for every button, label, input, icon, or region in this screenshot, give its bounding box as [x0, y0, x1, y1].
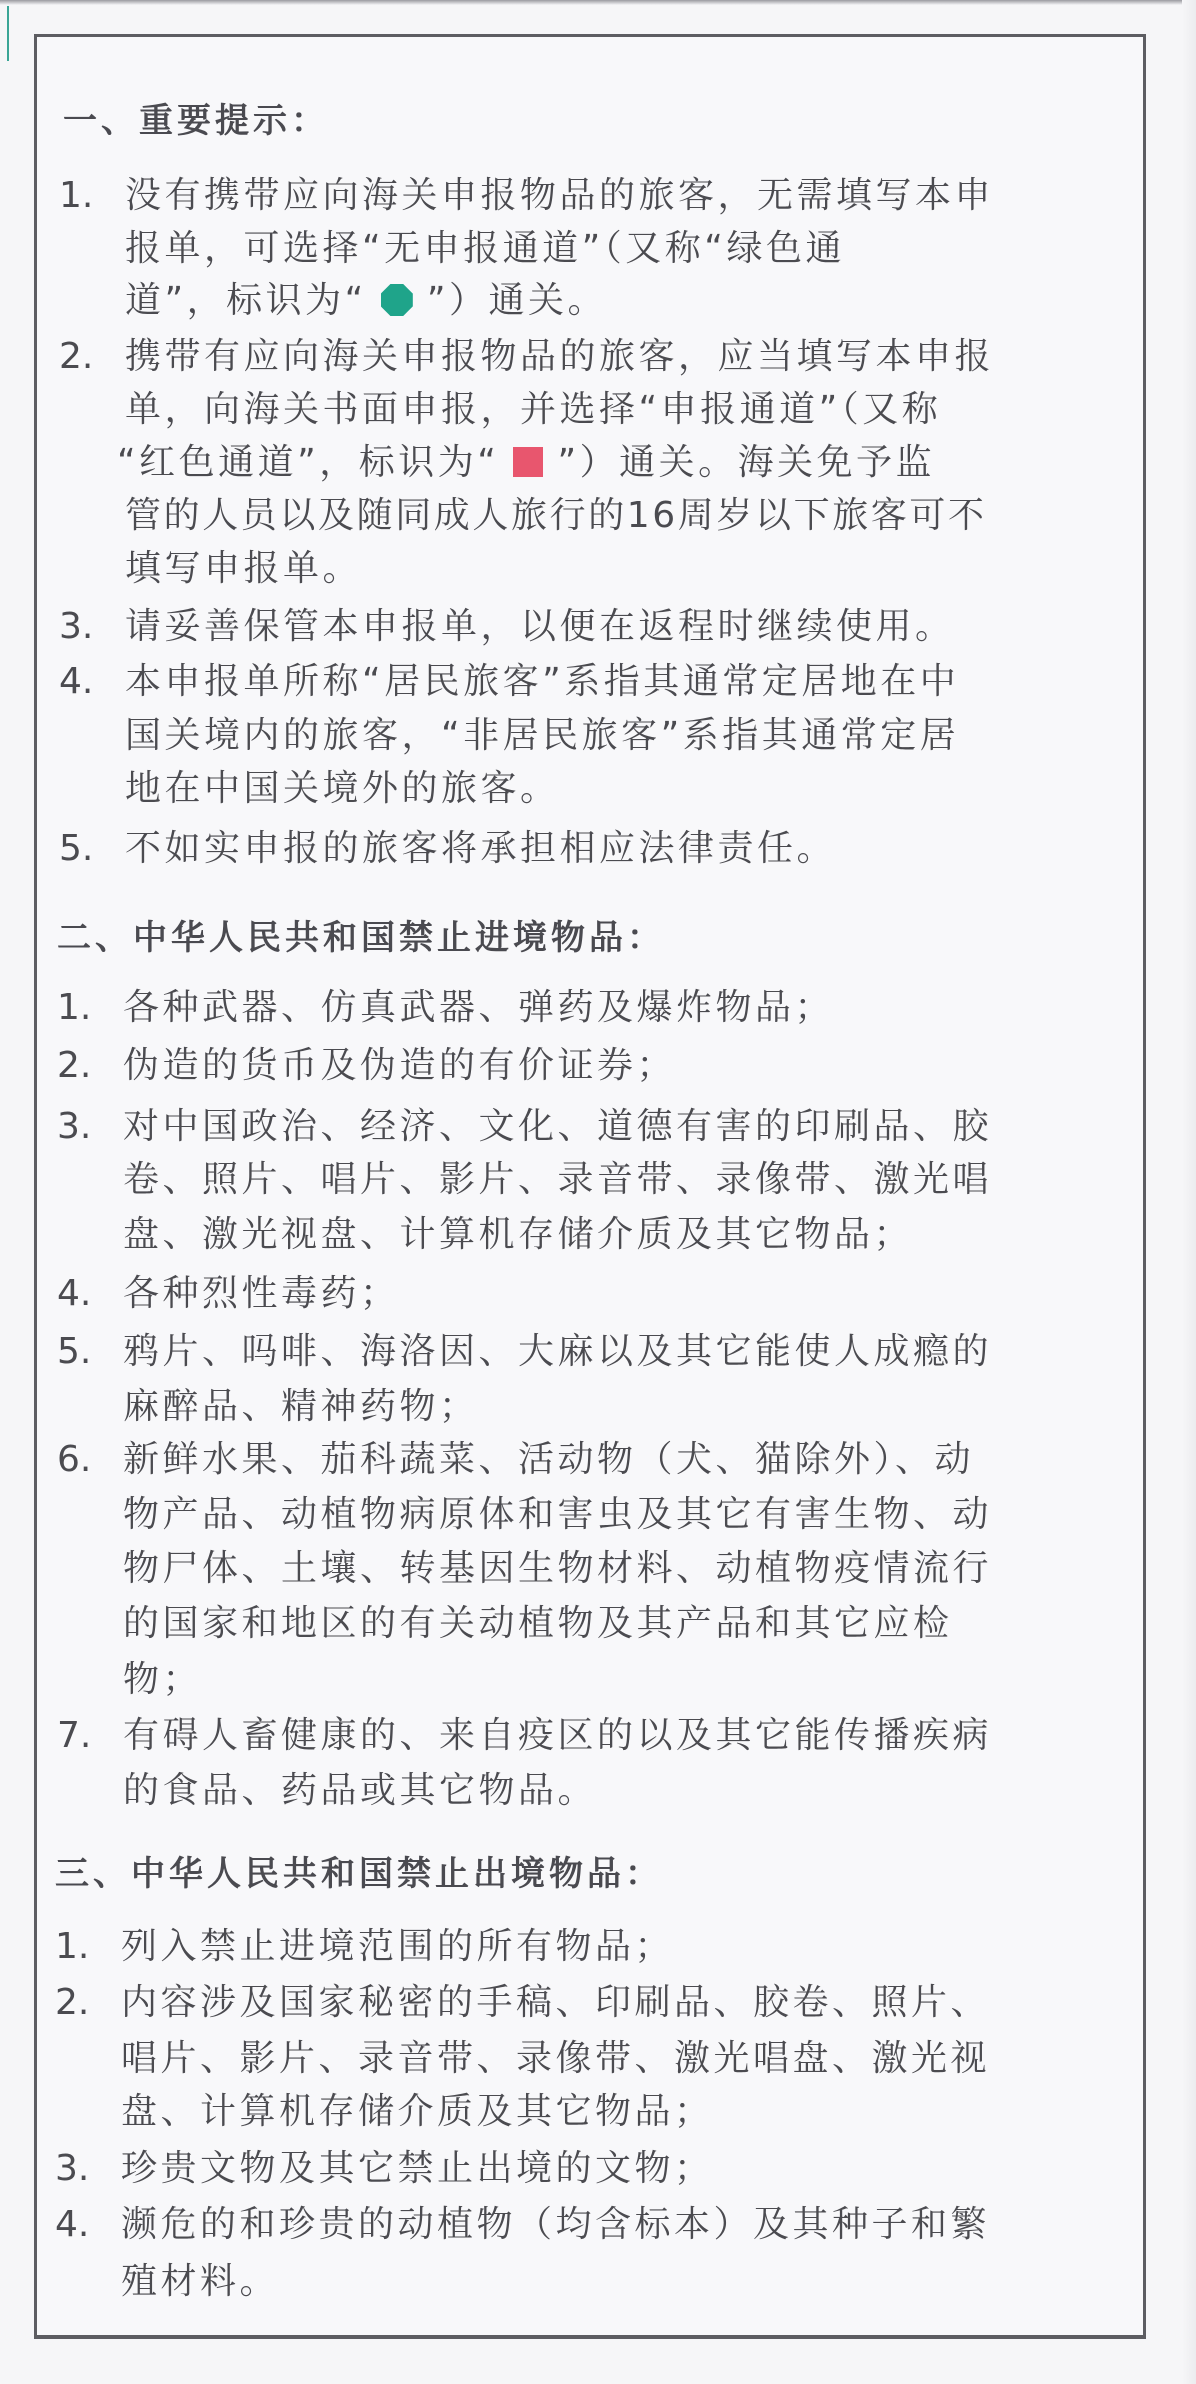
item-text: 新鲜水果、茄科蔬菜、活动物（犬、猫除外）、动 [123, 1439, 974, 1480]
export-item-3: 3.珍贵文物及其它禁止出境的文物； [55, 2147, 714, 2191]
item-number: 1. [57, 986, 123, 1030]
item-text: 鸦片、吗啡、海洛因、大麻以及其它能使人成瘾的 [123, 1331, 992, 1372]
export-item-1: 1.列入禁止进境范围的所有物品； [55, 1925, 674, 1969]
notice-item-1-line-3: 道”，标识为“”）通关。 [125, 279, 607, 323]
export-item-2-line-3: 盘、计算机存储介质及其它物品； [121, 2090, 714, 2134]
import-item-6-line-3: 物尸体、土壤、转基因生物材料、动植物疫情流行 [123, 1547, 992, 1591]
import-item-7-line-2: 的食品、药品或其它物品。 [123, 1769, 597, 1813]
item-number: 4. [59, 660, 125, 704]
notice-item-2-line-5: 填写申报单。 [125, 547, 362, 591]
scan-right-shadow [1182, 0, 1196, 2384]
import-item-3: 3.对中国政治、经济、文化、道德有害的印刷品、胶 [57, 1105, 992, 1149]
item-text: 濒危的和珍贵的动植物（均含标本）及其种子和繁 [121, 2204, 990, 2245]
item-number: 3. [57, 1105, 123, 1149]
notice-item-4-line-3: 地在中国关境外的旅客。 [125, 767, 560, 811]
declaration-notice-frame: 一、重要提示： 1.没有携带应向海关申报物品的旅客，无需填写本申 报单，可选择“… [34, 34, 1146, 2339]
green-channel-octagon-icon [381, 284, 413, 316]
import-item-6: 6.新鲜水果、茄科蔬菜、活动物（犬、猫除外）、动 [57, 1438, 974, 1482]
section-heading-prohibited-imports: 二、中华人民共和国禁止进境物品： [57, 916, 665, 960]
notice-item-1-line-2: 报单，可选择“无申报通道”（又称“绿色通 [125, 227, 845, 271]
item-text: 列入禁止进境范围的所有物品； [121, 1926, 674, 1967]
scan-top-shadow [0, 0, 1196, 5]
notice-item-2-line-3: “红色通道”，标识为“”）通关。海关免予监 [117, 441, 935, 485]
import-item-1: 1.各种武器、仿真武器、弹药及爆炸物品； [57, 986, 834, 1030]
red-channel-square-icon [513, 447, 543, 477]
item-text: 携带有应向海关申报物品的旅客，应当填写本申报 [125, 336, 994, 377]
item-number: 3. [59, 605, 125, 649]
import-item-3-line-3: 盘、激光视盘、计算机存储介质及其它物品； [123, 1213, 913, 1257]
item-number: 6. [57, 1438, 123, 1482]
export-item-2: 2.内容涉及国家秘密的手稿、印刷品、胶卷、照片、 [55, 1981, 990, 2025]
export-item-4-line-2: 殖材料。 [121, 2260, 279, 2304]
export-item-4: 4.濒危的和珍贵的动植物（均含标本）及其种子和繁 [55, 2203, 990, 2247]
item-text: 不如实申报的旅客将承担相应法律责任。 [125, 828, 836, 869]
import-item-7: 7.有碍人畜健康的、来自疫区的以及其它能传播疾病 [57, 1714, 992, 1758]
notice-item-5: 5.不如实申报的旅客将承担相应法律责任。 [59, 827, 836, 871]
import-item-6-line-4: 的国家和地区的有关动植物及其产品和其它应检 [123, 1602, 953, 1646]
item-text: 各种烈性毒药； [123, 1273, 400, 1314]
item-number: 7. [57, 1714, 123, 1758]
item-number: 2. [57, 1044, 123, 1088]
import-item-3-line-2: 卷、照片、唱片、影片、录音带、录像带、激光唱 [123, 1158, 992, 1202]
item-text: ”）通关。 [427, 280, 607, 321]
item-text: 有碍人畜健康的、来自疫区的以及其它能传播疾病 [123, 1715, 992, 1756]
item-number: 3. [55, 2147, 121, 2191]
export-item-2-line-2: 唱片、影片、录音带、录像带、激光唱盘、激光视 [121, 2037, 990, 2081]
item-number: 2. [55, 1981, 121, 2025]
item-number: 5. [57, 1330, 123, 1374]
item-number: 1. [55, 1925, 121, 1969]
notice-item-2: 2.携带有应向海关申报物品的旅客，应当填写本申报 [59, 335, 994, 379]
item-number: 5. [59, 827, 125, 871]
item-text: 各种武器、仿真武器、弹药及爆炸物品； [123, 987, 834, 1028]
notice-item-4: 4.本申报单所称“居民旅客”系指其通常定居地在中 [59, 660, 959, 704]
import-item-5-line-2: 麻醉品、精神药物； [123, 1385, 479, 1429]
notice-item-2-line-2: 单，向海关书面申报，并选择“申报通道”（又称 [125, 388, 941, 432]
item-number: 4. [55, 2203, 121, 2247]
item-text: 内容涉及国家秘密的手稿、印刷品、胶卷、照片、 [121, 1982, 990, 2023]
item-text: ”）通关。海关免予监 [557, 442, 935, 483]
notice-item-1: 1.没有携带应向海关申报物品的旅客，无需填写本申 [59, 174, 994, 218]
item-text: 伪造的货币及伪造的有价证券； [123, 1045, 676, 1086]
notice-item-3: 3.请妥善保管本申报单，以便在返程时继续使用。 [59, 605, 955, 649]
section-heading-prohibited-exports: 三、中华人民共和国禁止出境物品： [55, 1852, 663, 1896]
import-item-5: 5.鸦片、吗啡、海洛因、大麻以及其它能使人成瘾的 [57, 1330, 992, 1374]
import-item-2: 2.伪造的货币及伪造的有价证券； [57, 1044, 676, 1088]
import-item-6-line-2: 物产品、动植物病原体和害虫及其它有害生物、动 [123, 1493, 992, 1537]
item-number: 1. [59, 174, 125, 218]
notice-item-4-line-2: 国关境内的旅客，“非居民旅客”系指其通常定居 [125, 714, 959, 758]
item-number: 2. [59, 335, 125, 379]
item-text: 请妥善保管本申报单，以便在返程时继续使用。 [125, 606, 955, 647]
item-text: 珍贵文物及其它禁止出境的文物； [121, 2148, 714, 2189]
item-text: 道”，标识为“ [125, 280, 367, 321]
import-item-6-line-5: 物； [123, 1658, 202, 1702]
section-heading-important-notes: 一、重要提示： [63, 99, 329, 143]
item-text: “红色通道”，标识为“ [117, 442, 499, 483]
item-text: 对中国政治、经济、文化、道德有害的印刷品、胶 [123, 1106, 992, 1147]
item-text: 没有携带应向海关申报物品的旅客，无需填写本申 [125, 175, 994, 216]
notice-item-2-line-4: 管的人员以及随同成人旅行的16周岁以下旅客可不 [125, 494, 987, 538]
item-text: 本申报单所称“居民旅客”系指其通常定居地在中 [125, 661, 959, 702]
import-item-4: 4.各种烈性毒药； [57, 1272, 400, 1316]
item-number: 4. [57, 1272, 123, 1316]
paper-edge-mark [7, 6, 9, 61]
